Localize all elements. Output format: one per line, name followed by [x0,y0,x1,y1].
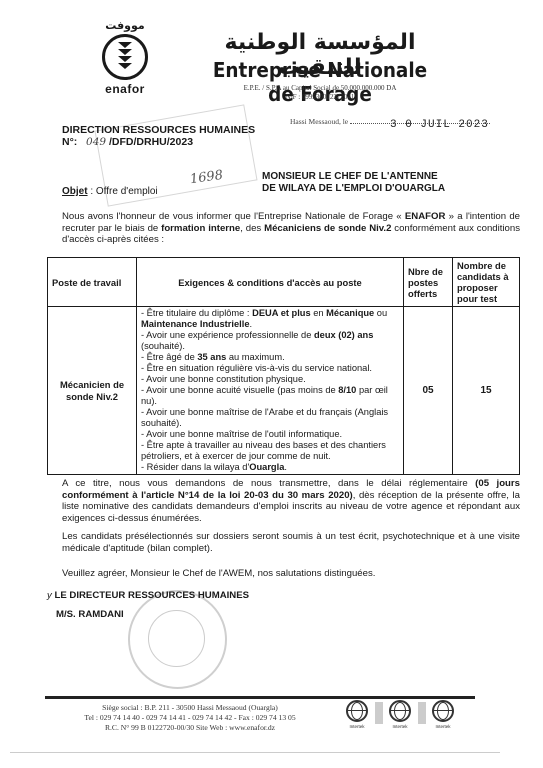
requirement-item: - Avoir une bonne maîtrise de l'outil in… [141,429,399,440]
requirement-text: au maximum. [226,352,284,362]
logo-text: enafor [100,82,150,96]
intro-paragraph: Nous avons l'honneur de vous informer qu… [62,211,520,246]
date-stamp: 3 0 JUIL 2023 [390,119,489,131]
requirement-bold: Mécanique [326,308,374,318]
subject-label: Objet [62,186,88,197]
legal-capital: E.P.E. / S.P.A au Capital Social de 50.0… [195,84,445,93]
drill-arrows-icon [102,34,148,80]
company-legal-info: E.P.E. / S.P.A au Capital Social de 50.0… [195,84,445,102]
request-paragraph: A ce titre, nous vous demandons de nous … [62,478,520,524]
intro-bold: formation interne [161,223,240,234]
footer-rc-line: R.C. N° 99 B 0122720-00/30 Site Web : ww… [60,723,320,733]
iqnet-icon [418,702,426,724]
recipient-line-2: DE WILAYA DE L'EMPLOI D'OUARGLA [262,183,445,195]
recipient-line-1: MONSIEUR LE CHEF DE L'ANTENNE [262,171,445,183]
reference-number: N°: 049 /DFD/DRHU/2023 [62,136,255,148]
requirement-text: - Être âgé de [141,352,197,362]
footer-address-line: Siège social : B.P. 211 - 30500 Hassi Me… [60,703,320,713]
intro-text: Nous avons l'honneur de vous informer qu… [62,211,405,222]
subject-value: : Offre d'emploi [90,186,157,197]
selection-paragraph: Les candidats présélectionnés sur dossie… [62,531,520,554]
cert-label: Intertek [431,724,455,729]
requirement-text: (souhaité). [141,341,185,351]
requirement-text: - Être en situation régulière vis-à-vis … [141,363,372,373]
cell-candidats: 15 [453,307,520,475]
number-suffix: /DFD/DRHU/2023 [109,136,193,148]
requirement-item: - Avoir une bonne constitution physique. [141,374,399,385]
header-postes-offerts: Nbre de postes offerts [404,258,453,307]
requirement-item: - Résider dans la wilaya d'Ouargla. [141,462,399,473]
globe-icon [346,700,368,722]
requirement-text: ou [374,308,387,318]
requirement-item: - Être apte à travailler au niveau des b… [141,440,399,462]
header-candidats: Nombre de candidats à proposer pour test [453,258,520,307]
place-label: Hassi Messaoud, le [290,117,348,126]
cell-requirements: - Être titulaire du diplôme : DEUA et pl… [137,307,404,475]
certification-badge: Intertek [345,700,369,729]
number-label: N°: [62,136,77,148]
place-date: Hassi Messaoud, le 3 0 JUIL 2023 [290,117,490,126]
cert-label: Intertek [345,724,369,729]
table-row: Mécanicien de sonde Niv.2 - Être titulai… [48,307,520,475]
legal-nif: N/F : 099930012272041 [195,93,445,102]
header-poste: Poste de travail [48,258,137,307]
globe-icon [389,700,411,722]
requirement-item: - Être titulaire du diplôme : DEUA et pl… [141,308,399,330]
requirement-text: . [250,319,253,329]
certification-badge: Intertek [388,700,412,729]
handwritten-number: 049 [86,136,106,148]
signatory-title: y LE DIRECTEUR RESSOURCES HUMAINES [47,590,249,601]
table-header-row: Poste de travail Exigences & conditions … [48,258,520,307]
intro-text: , des [240,223,264,234]
cell-postes-offerts: 05 [404,307,453,475]
requirement-text: - Avoir une expérience professionnelle d… [141,330,314,340]
requirement-bold: deux (02) ans [314,330,373,340]
requirement-text: - Avoir une bonne constitution physique. [141,374,306,384]
request-text: A ce titre, nous vous demandons de nous … [62,478,475,489]
company-seal-inner [148,610,205,667]
requirement-bold: Ouargla [249,462,284,472]
footer-phone-line: Tel : 029 74 14 40 - 029 74 14 41 - 029 … [60,713,320,723]
requirement-text: - Avoir une bonne maîtrise de l'Arabe et… [141,407,388,428]
requirement-item: - Avoir une bonne acuité visuelle (pas m… [141,385,399,407]
intro-bold: Mécaniciens de sonde Niv.2 [264,223,391,234]
footer-divider [45,696,475,699]
intro-bold: ENAFOR [405,211,446,222]
certification-logos: Intertek Intertek Intertek [345,700,455,736]
requirement-text: - Avoir une bonne acuité visuelle (pas m… [141,385,338,395]
closing-paragraph: Veuillez agréer, Monsieur le Chef de l'A… [62,568,520,580]
cert-label: Intertek [388,724,412,729]
requirement-text: - Être apte à travailler au niveau des b… [141,440,386,461]
enafor-logo: مووفت enafor [100,20,150,110]
requirements-table: Poste de travail Exigences & conditions … [47,257,520,475]
reference-block: DIRECTION RESSOURCES HUMAINES N°: 049 /D… [62,124,255,148]
requirement-item: - Avoir une expérience professionnelle d… [141,330,399,352]
requirement-item: - Être âgé de 35 ans au maximum. [141,352,399,363]
requirement-bold: Maintenance Industrielle [141,319,250,329]
signatory-title-text: LE DIRECTEUR RESSOURCES HUMAINES [54,590,249,601]
subject-line: Objet : Offre d'emploi [62,186,158,197]
globe-icon [432,700,454,722]
certification-badge: Intertek [431,700,455,729]
requirement-item: - Être en situation régulière vis-à-vis … [141,363,399,374]
logo-arabic-text: مووفت [100,20,150,32]
requirement-text: - Avoir une bonne maîtrise de l'outil in… [141,429,342,439]
signature-prefix: y [47,590,52,601]
requirement-text: en [311,308,327,318]
requirement-bold: DEUA et plus [252,308,311,318]
requirement-text: - Être titulaire du diplôme : [141,308,252,318]
recipient: MONSIEUR LE CHEF DE L'ANTENNE DE WILAYA … [262,171,445,195]
cell-poste: Mécanicien de sonde Niv.2 [48,307,137,475]
requirement-bold: 8/10 [338,385,356,395]
signatory-name: M/S. RAMDANI [56,609,124,620]
direction-label: DIRECTION RESSOURCES HUMAINES [62,124,255,136]
requirement-item: - Avoir une bonne maîtrise de l'Arabe et… [141,407,399,429]
requirement-bold: 35 ans [197,352,226,362]
scan-edge-line [10,752,500,753]
iqnet-icon [375,702,383,724]
footer-address: Siège social : B.P. 211 - 30500 Hassi Me… [60,703,320,733]
requirement-text: . [284,462,287,472]
requirement-text: - Résider dans la wilaya d' [141,462,249,472]
header-exigences: Exigences & conditions d'accès au poste [137,258,404,307]
